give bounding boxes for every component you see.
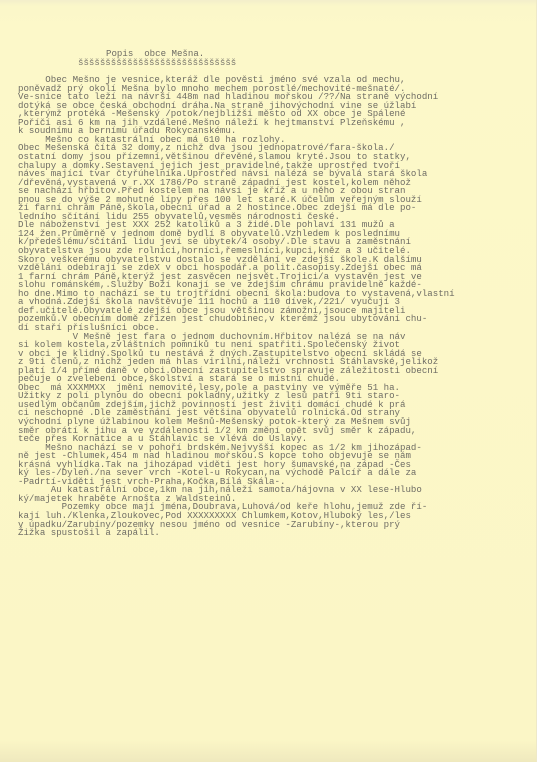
- text-line: Žižka spustošil a zapálil.: [18, 529, 538, 538]
- typewritten-document: Popis obce Mešna. šššššššššššššššššššššš…: [18, 50, 538, 538]
- document-body: Obec Mešno je vesnice,kteráž dle pověsti…: [18, 76, 538, 538]
- paper-sheet: Popis obce Mešna. šššššššššššššššššššššš…: [0, 0, 536, 762]
- title-underline: ššššššššššššššššššššššššššššš: [18, 59, 538, 68]
